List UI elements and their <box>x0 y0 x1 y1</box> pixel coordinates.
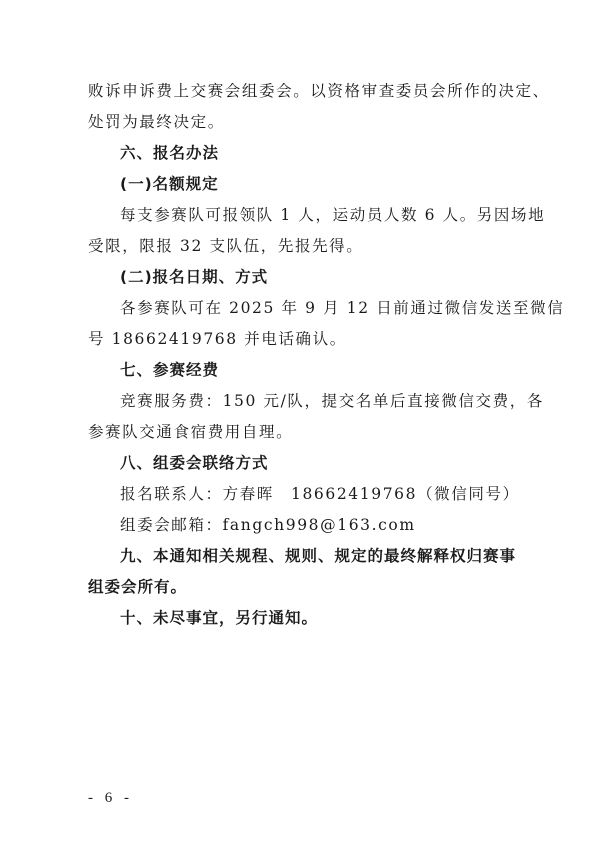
section-heading-registration: 六、报名办法 <box>120 138 560 169</box>
paragraph-appeal-end: 处罚为最终决定。 <box>88 107 528 138</box>
subheading-quota: (一)名额规定 <box>120 169 560 200</box>
contact-email: 组委会邮箱：fangch998@163.com <box>120 510 560 541</box>
paragraph-fees-line1: 竞赛服务费：150 元/队，提交名单后直接微信交费，各 <box>120 386 560 417</box>
paragraph-fees-line2: 参赛队交通食宿费用自理。 <box>88 417 528 448</box>
section-heading-misc: 十、未尽事宜，另行通知。 <box>120 603 560 634</box>
document-page: 败诉申诉费上交赛会组委会。以资格审查委员会所作的决定、 处罚为最终决定。 六、报… <box>0 0 600 848</box>
subheading-date-method: (二)报名日期、方式 <box>120 262 560 293</box>
paragraph-appeal-continuation: 败诉申诉费上交赛会组委会。以资格审查委员会所作的决定、 <box>88 76 528 107</box>
section-heading-fees: 七、参赛经费 <box>120 355 560 386</box>
section-heading-interpretation-cont: 组委会所有。 <box>88 572 528 603</box>
page-number: - 6 - <box>88 790 133 807</box>
paragraph-quota-line1: 每支参赛队可报领队 1 人，运动员人数 6 人。另因场地 <box>120 200 560 231</box>
paragraph-date-line1: 各参赛队可在 2025 年 9 月 12 日前通过微信发送至微信 <box>120 293 560 324</box>
contact-person: 报名联系人：方春晖 18662419768（微信同号） <box>120 479 560 510</box>
paragraph-quota-line2: 受限，限报 32 支队伍，先报先得。 <box>88 231 528 262</box>
section-heading-interpretation: 九、本通知相关规程、规则、规定的最终解释权归赛事 <box>120 541 560 572</box>
paragraph-date-line2: 号 18662419768 并电话确认。 <box>88 324 528 355</box>
section-heading-contact: 八、组委会联络方式 <box>120 448 560 479</box>
